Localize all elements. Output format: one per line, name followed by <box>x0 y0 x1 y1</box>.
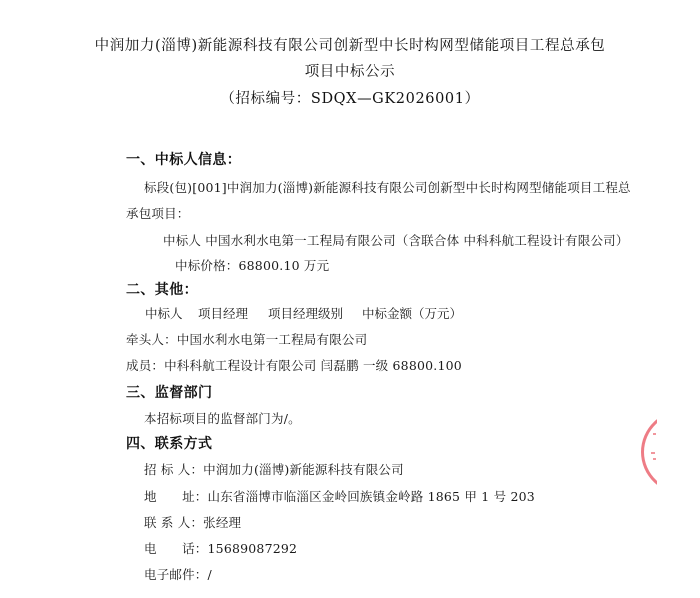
lot-description-line1: 标段(包)[001]中润加力(淄博)新能源科技有限公司创新型中长时构网型储能项目… <box>144 180 631 196</box>
winning-price: 中标价格：68800.10 万元 <box>175 258 329 274</box>
column-header-manager-level: 项目经理级别 <box>268 306 343 322</box>
contact-label-tenderer: 招 标 人： <box>144 462 203 478</box>
column-header-bid-amount: 中标金额（万元） <box>362 306 462 322</box>
official-seal-stamp <box>641 409 700 495</box>
lead-party-line: 牵头人：中国水利水电第一工程局有限公司 <box>126 332 367 348</box>
contact-value-address: 山东省淄博市临淄区金岭回族镇金岭路 1865 甲 1 号 203 <box>208 489 535 504</box>
winner-line: 中标人 中国水利水电第一工程局有限公司（含联合体 中科科航工程设计有限公司） <box>163 233 629 249</box>
document-title-line2: 项目中标公示 <box>0 63 700 81</box>
announcement-page: 中润加力(淄博)新能源科技有限公司创新型中长时构网型储能项目工程总承包 项目中标… <box>0 0 700 598</box>
contact-row-address: 地 址：山东省淄博市临淄区金岭回族镇金岭路 1865 甲 1 号 203 <box>144 489 535 505</box>
supervision-body: 本招标项目的监督部门为/。 <box>144 411 301 427</box>
contact-row-tenderer: 招 标 人：中润加力(淄博)新能源科技有限公司 <box>144 462 404 478</box>
section-heading-contact: 四、联系方式 <box>126 435 212 453</box>
bid-number: （招标编号：SDQX—GK2026001） <box>0 90 700 108</box>
column-header-winner: 中标人 <box>145 306 183 322</box>
contact-value-person: 张经理 <box>203 515 241 530</box>
contact-label-person: 联 系 人： <box>144 515 203 531</box>
section-heading-other: 二、其他： <box>126 281 198 299</box>
contact-value-tenderer: 中润加力(淄博)新能源科技有限公司 <box>203 462 404 477</box>
contact-value-email: / <box>208 567 212 582</box>
document-title-line1: 中润加力(淄博)新能源科技有限公司创新型中长时构网型储能项目工程总承包 <box>0 37 700 55</box>
column-header-project-manager: 项目经理 <box>198 306 248 322</box>
contact-label-address: 地 址： <box>144 489 208 505</box>
contact-value-phone: 15689087292 <box>208 541 298 556</box>
section-heading-winner-info: 一、中标人信息： <box>126 151 241 169</box>
seal-mark <box>651 452 655 454</box>
seal-mark <box>653 433 656 435</box>
section-heading-supervision: 三、监督部门 <box>126 384 212 402</box>
contact-label-phone: 电 话： <box>144 541 208 557</box>
contact-row-person: 联 系 人：张经理 <box>144 515 241 531</box>
contact-label-email: 电子邮件： <box>144 567 208 583</box>
lot-description-line2: 承包项目： <box>126 206 190 222</box>
contact-row-email: 电子邮件：/ <box>144 567 212 583</box>
contact-row-phone: 电 话：15689087292 <box>144 541 297 557</box>
seal-mark <box>653 458 656 460</box>
member-line: 成员：中科科航工程设计有限公司 闫磊鹏 一级 68800.100 <box>126 358 462 374</box>
